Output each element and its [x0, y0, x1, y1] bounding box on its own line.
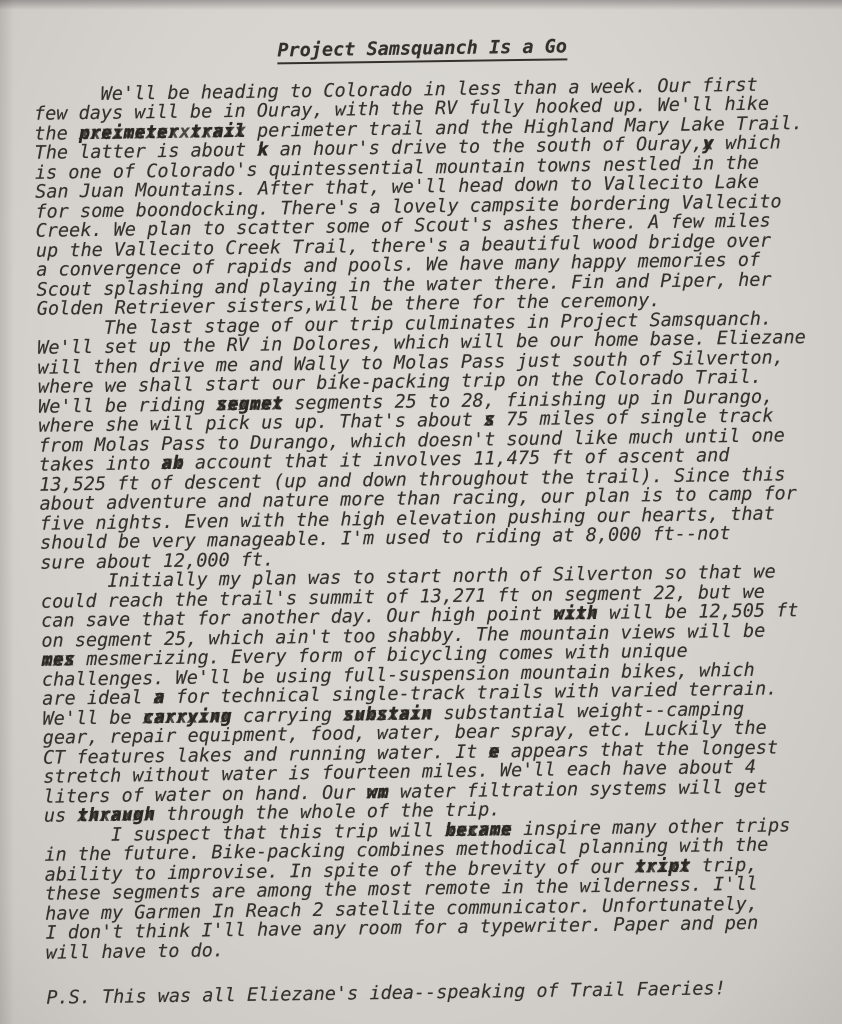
paragraph: We'll be heading to Colorado in less tha… — [34, 74, 815, 319]
struck-out-text: yx — [703, 134, 714, 154]
struck-out-text: ax — [153, 688, 164, 708]
struck-out-text: kx — [257, 141, 268, 161]
paragraph: Initially my plan was to start north of … — [40, 562, 821, 826]
struck-out-text: substainxxxxxxxx — [343, 704, 432, 725]
paragraph: I suspect that this trip will becamexxxx… — [44, 815, 824, 962]
text-line: P.S. This was all Eliezane's idea--speak… — [46, 978, 824, 1008]
struck-out-text: sx — [484, 410, 495, 430]
paragraph: The last stage of our trip culminates in… — [37, 308, 818, 572]
struck-out-text: carryingxxxxxxxx — [143, 707, 232, 728]
document-body: We'll be heading to Colorado in less tha… — [34, 74, 825, 1008]
document-title: Project Samsquanch Is a Go — [33, 34, 811, 67]
struck-out-text: triptxxxxx — [635, 856, 691, 876]
document-title-text: Project Samsquanch Is a Go — [277, 37, 567, 64]
struck-out-text: segmetxxxxxx — [216, 394, 283, 414]
struck-out-text: thraughxxxxxxx — [77, 805, 155, 826]
struck-out-text: withxxxx — [553, 604, 598, 624]
paper-photo: Project Samsquanch Is a Go We'll be head… — [0, 0, 842, 1024]
struck-out-text: mesxxx — [42, 650, 76, 670]
struck-out-text: becamexxxxxx — [445, 820, 512, 840]
struck-out-text: wmxx — [366, 782, 389, 802]
paragraph: P.S. This was all Eliezane's idea--speak… — [46, 978, 824, 1008]
typewritten-letter: Project Samsquanch Is a Go We'll be head… — [0, 0, 842, 1009]
struck-out-text: ex — [488, 742, 499, 762]
struck-out-text: abxx — [161, 454, 184, 474]
struck-out-text: preimeter trailxxxxxxxxxxxxxxx — [79, 121, 246, 143]
